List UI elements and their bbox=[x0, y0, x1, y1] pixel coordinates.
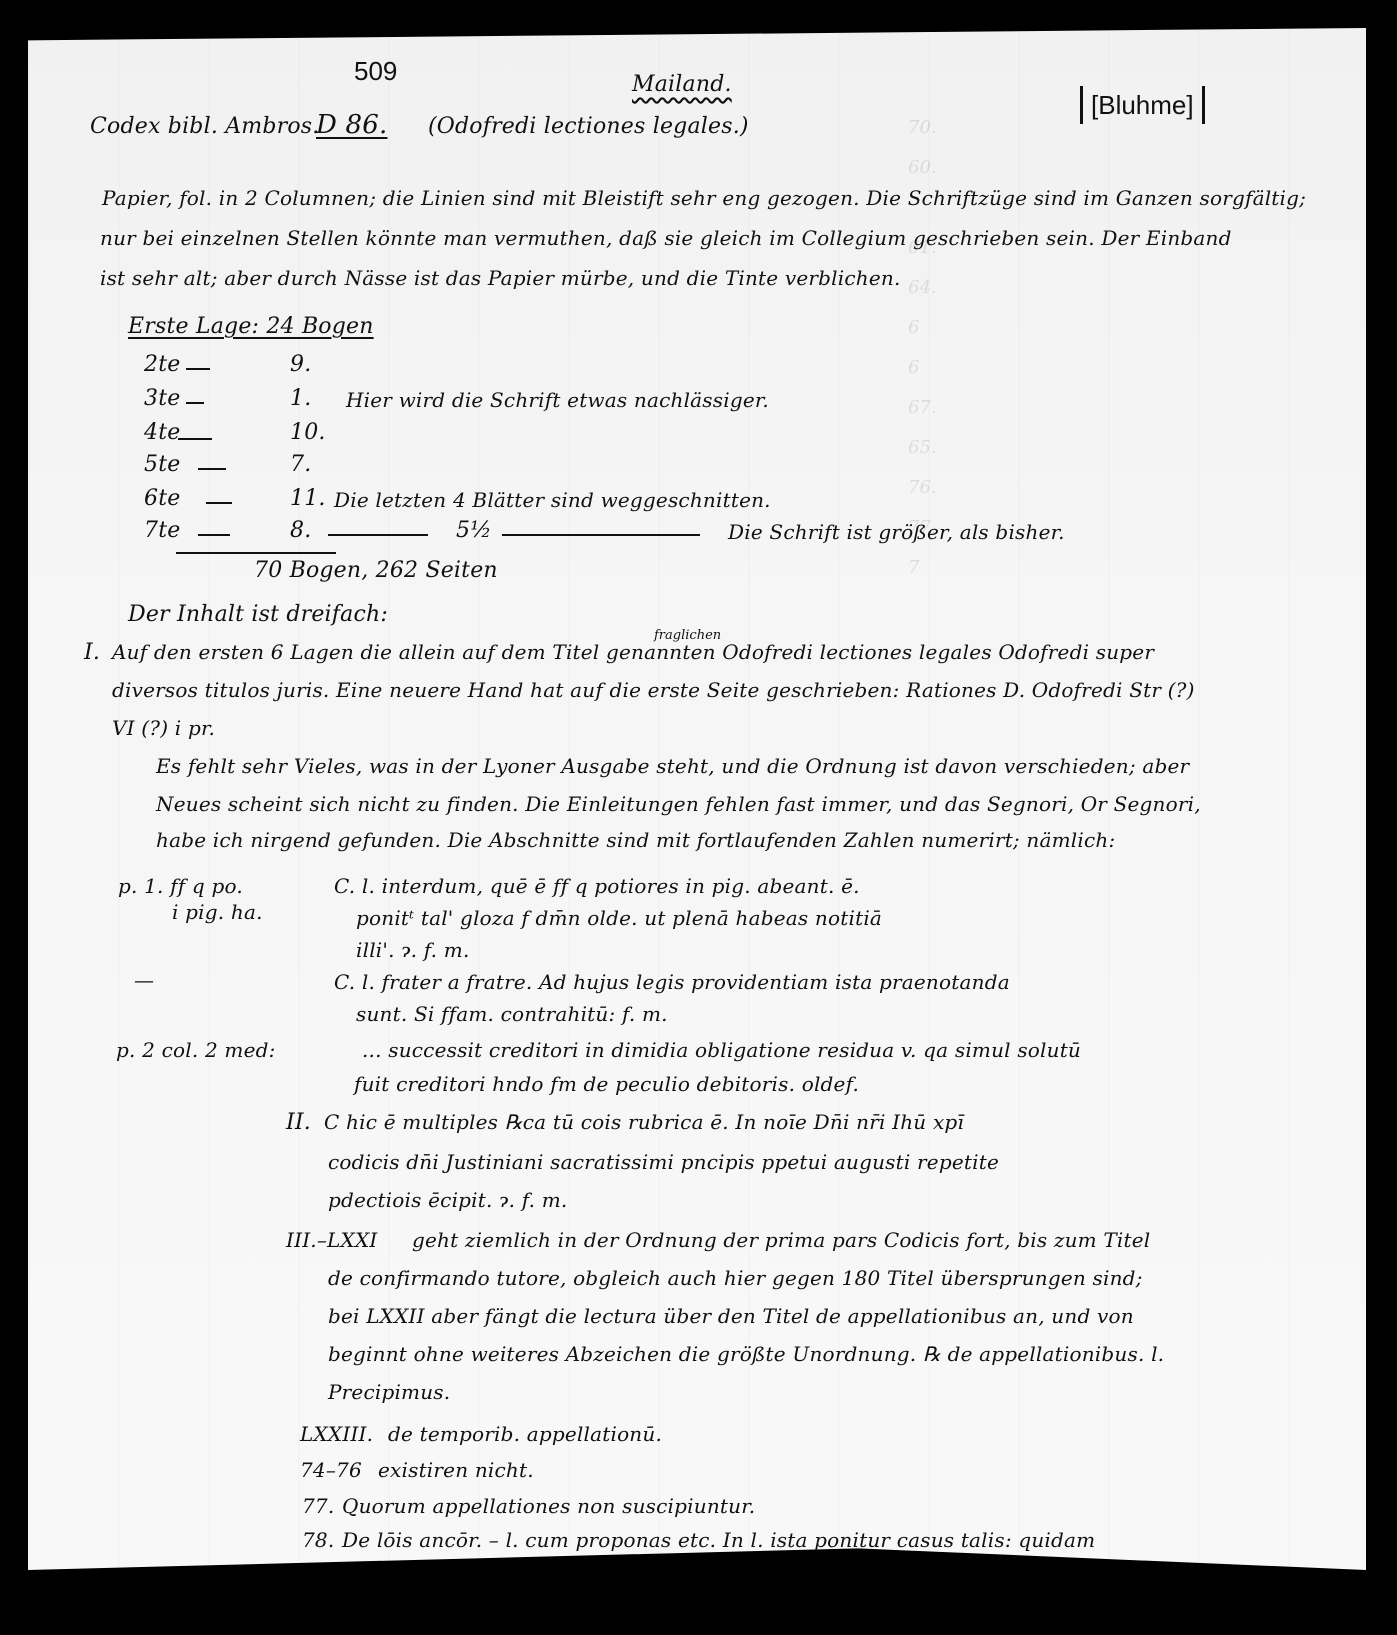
quire-note: Hier wird die Schrift etwas nachlässiger… bbox=[346, 388, 769, 412]
list-text: de temporib. appellationū. bbox=[388, 1422, 662, 1446]
section-line: Auf den ersten 6 Lagen die allein auf de… bbox=[112, 640, 1154, 664]
description-line: nur bei einzelnen Stellen könnte man ver… bbox=[100, 226, 1232, 250]
excerpt-line: illi'. ɂ. f. m. bbox=[356, 938, 470, 962]
manuscript-page: 70. 60. 61. 64. 6 6 67. 65. 76. 77. 7 50… bbox=[28, 28, 1366, 1570]
margin-reference: p. 2 col. 2 med: bbox=[116, 1038, 276, 1062]
quire-count: 9. bbox=[290, 352, 311, 377]
quire-count: 1. bbox=[290, 386, 311, 411]
list-text: existiren nicht. bbox=[378, 1458, 534, 1482]
section-numeral: I. bbox=[84, 640, 100, 665]
quire-label: 7te bbox=[144, 518, 180, 543]
margin-reference: i pig. ha. bbox=[172, 900, 263, 924]
codex-label: Codex bibl. Ambros. bbox=[90, 114, 319, 139]
section-line: pdectiois ēcipit. ɂ. f. m. bbox=[328, 1188, 567, 1212]
description-line: ist sehr alt; aber durch Nässe ist das P… bbox=[100, 266, 901, 290]
description-line: Papier, fol. in 2 Columnen; die Linien s… bbox=[102, 186, 1306, 210]
list-number: 78. bbox=[302, 1528, 334, 1552]
section-line: codicis dn̄i Justiniani sacratissimi pnc… bbox=[328, 1150, 999, 1174]
section-line: bei LXXII aber fängt die lectura über de… bbox=[328, 1304, 1134, 1328]
quire-note: Die Schrift ist größer, als bisher. bbox=[728, 520, 1065, 544]
quire-count: 8. bbox=[290, 518, 311, 543]
excerpt-line: sunt. Si ffam. contrahitū: f. m. bbox=[356, 1002, 668, 1026]
section-line: geht ziemlich in der Ordnung der prima p… bbox=[412, 1228, 1150, 1252]
excerpt-line: C. l. frater a fratre. Ad hujus legis pr… bbox=[334, 970, 1010, 994]
folio-number: 509 bbox=[354, 56, 397, 87]
content-intro: Der Inhalt ist dreifach: bbox=[128, 602, 388, 627]
section-numeral: III.–LXXI bbox=[286, 1228, 378, 1252]
excerpt-line: C. l. interdum, quē ē ff q potiores in p… bbox=[334, 874, 860, 898]
section-line: C hic ē multiples ℞ca tū cois rubrica ē.… bbox=[324, 1110, 964, 1134]
remark-line: Neues scheint sich nicht zu finden. Die … bbox=[156, 792, 1201, 816]
place-heading: Mailand. bbox=[632, 72, 732, 97]
list-number: LXXIII. bbox=[300, 1422, 373, 1446]
quire-label: 3te bbox=[144, 386, 180, 411]
section-line: Precipimus. bbox=[328, 1380, 450, 1404]
section-numeral: II. bbox=[286, 1110, 311, 1135]
quire-label: 5te bbox=[144, 452, 180, 477]
quire-label: 2te bbox=[144, 352, 180, 377]
work-title: (Odofredi lectiones legales.) bbox=[428, 114, 749, 139]
section-line: VI (?) i pr. bbox=[112, 716, 215, 740]
author-attribution: [Bluhme] bbox=[1080, 86, 1205, 124]
quire-label: 4te bbox=[144, 420, 180, 445]
quire-label: 6te bbox=[144, 486, 180, 511]
excerpt-line: ... successit creditori in dimidia oblig… bbox=[362, 1038, 1081, 1062]
section-line: beginnt ohne weiteres Abzeichen die größ… bbox=[328, 1342, 1164, 1366]
remark-line: habe ich nirgend gefunden. Die Abschnitt… bbox=[156, 828, 1115, 852]
section-line: diversos titulos juris. Eine neuere Hand… bbox=[112, 678, 1195, 702]
margin-reference: p. 1. ff q po. bbox=[118, 874, 243, 898]
excerpt-line: fuit creditori hndo fm de peculio debito… bbox=[354, 1072, 859, 1096]
list-number: 74–76 bbox=[300, 1458, 362, 1482]
quire-note: Die letzten 4 Blätter sind weggeschnitte… bbox=[334, 488, 771, 512]
list-number: 77. bbox=[302, 1494, 334, 1518]
margin-reference: — bbox=[134, 968, 154, 992]
quire-note-fraction: 5½ bbox=[456, 518, 492, 543]
remark-line: Es fehlt sehr Vieles, was in der Lyoner … bbox=[156, 754, 1189, 778]
quires-heading: Erste Lage: 24 Bogen bbox=[128, 314, 374, 339]
shelfmark: D 86. bbox=[316, 110, 387, 140]
excerpt-line: ponitᵗ tal' gloza f dm̄n olde. ut plenā … bbox=[356, 906, 882, 930]
list-text: De lōis ancōr. – l. cum proponas etc. In… bbox=[342, 1528, 1095, 1552]
list-text: accessit ad principem etc. bbox=[350, 1560, 620, 1584]
quire-count: 7. bbox=[290, 452, 311, 477]
list-text: Quorum appellationes non suscipiuntur. bbox=[342, 1494, 755, 1518]
quire-total: 70 Bogen, 262 Seiten bbox=[254, 558, 498, 583]
quire-count: 11. bbox=[290, 486, 326, 511]
quire-count: 10. bbox=[290, 420, 326, 445]
section-line: de confirmando tutore, obgleich auch hie… bbox=[328, 1266, 1143, 1290]
